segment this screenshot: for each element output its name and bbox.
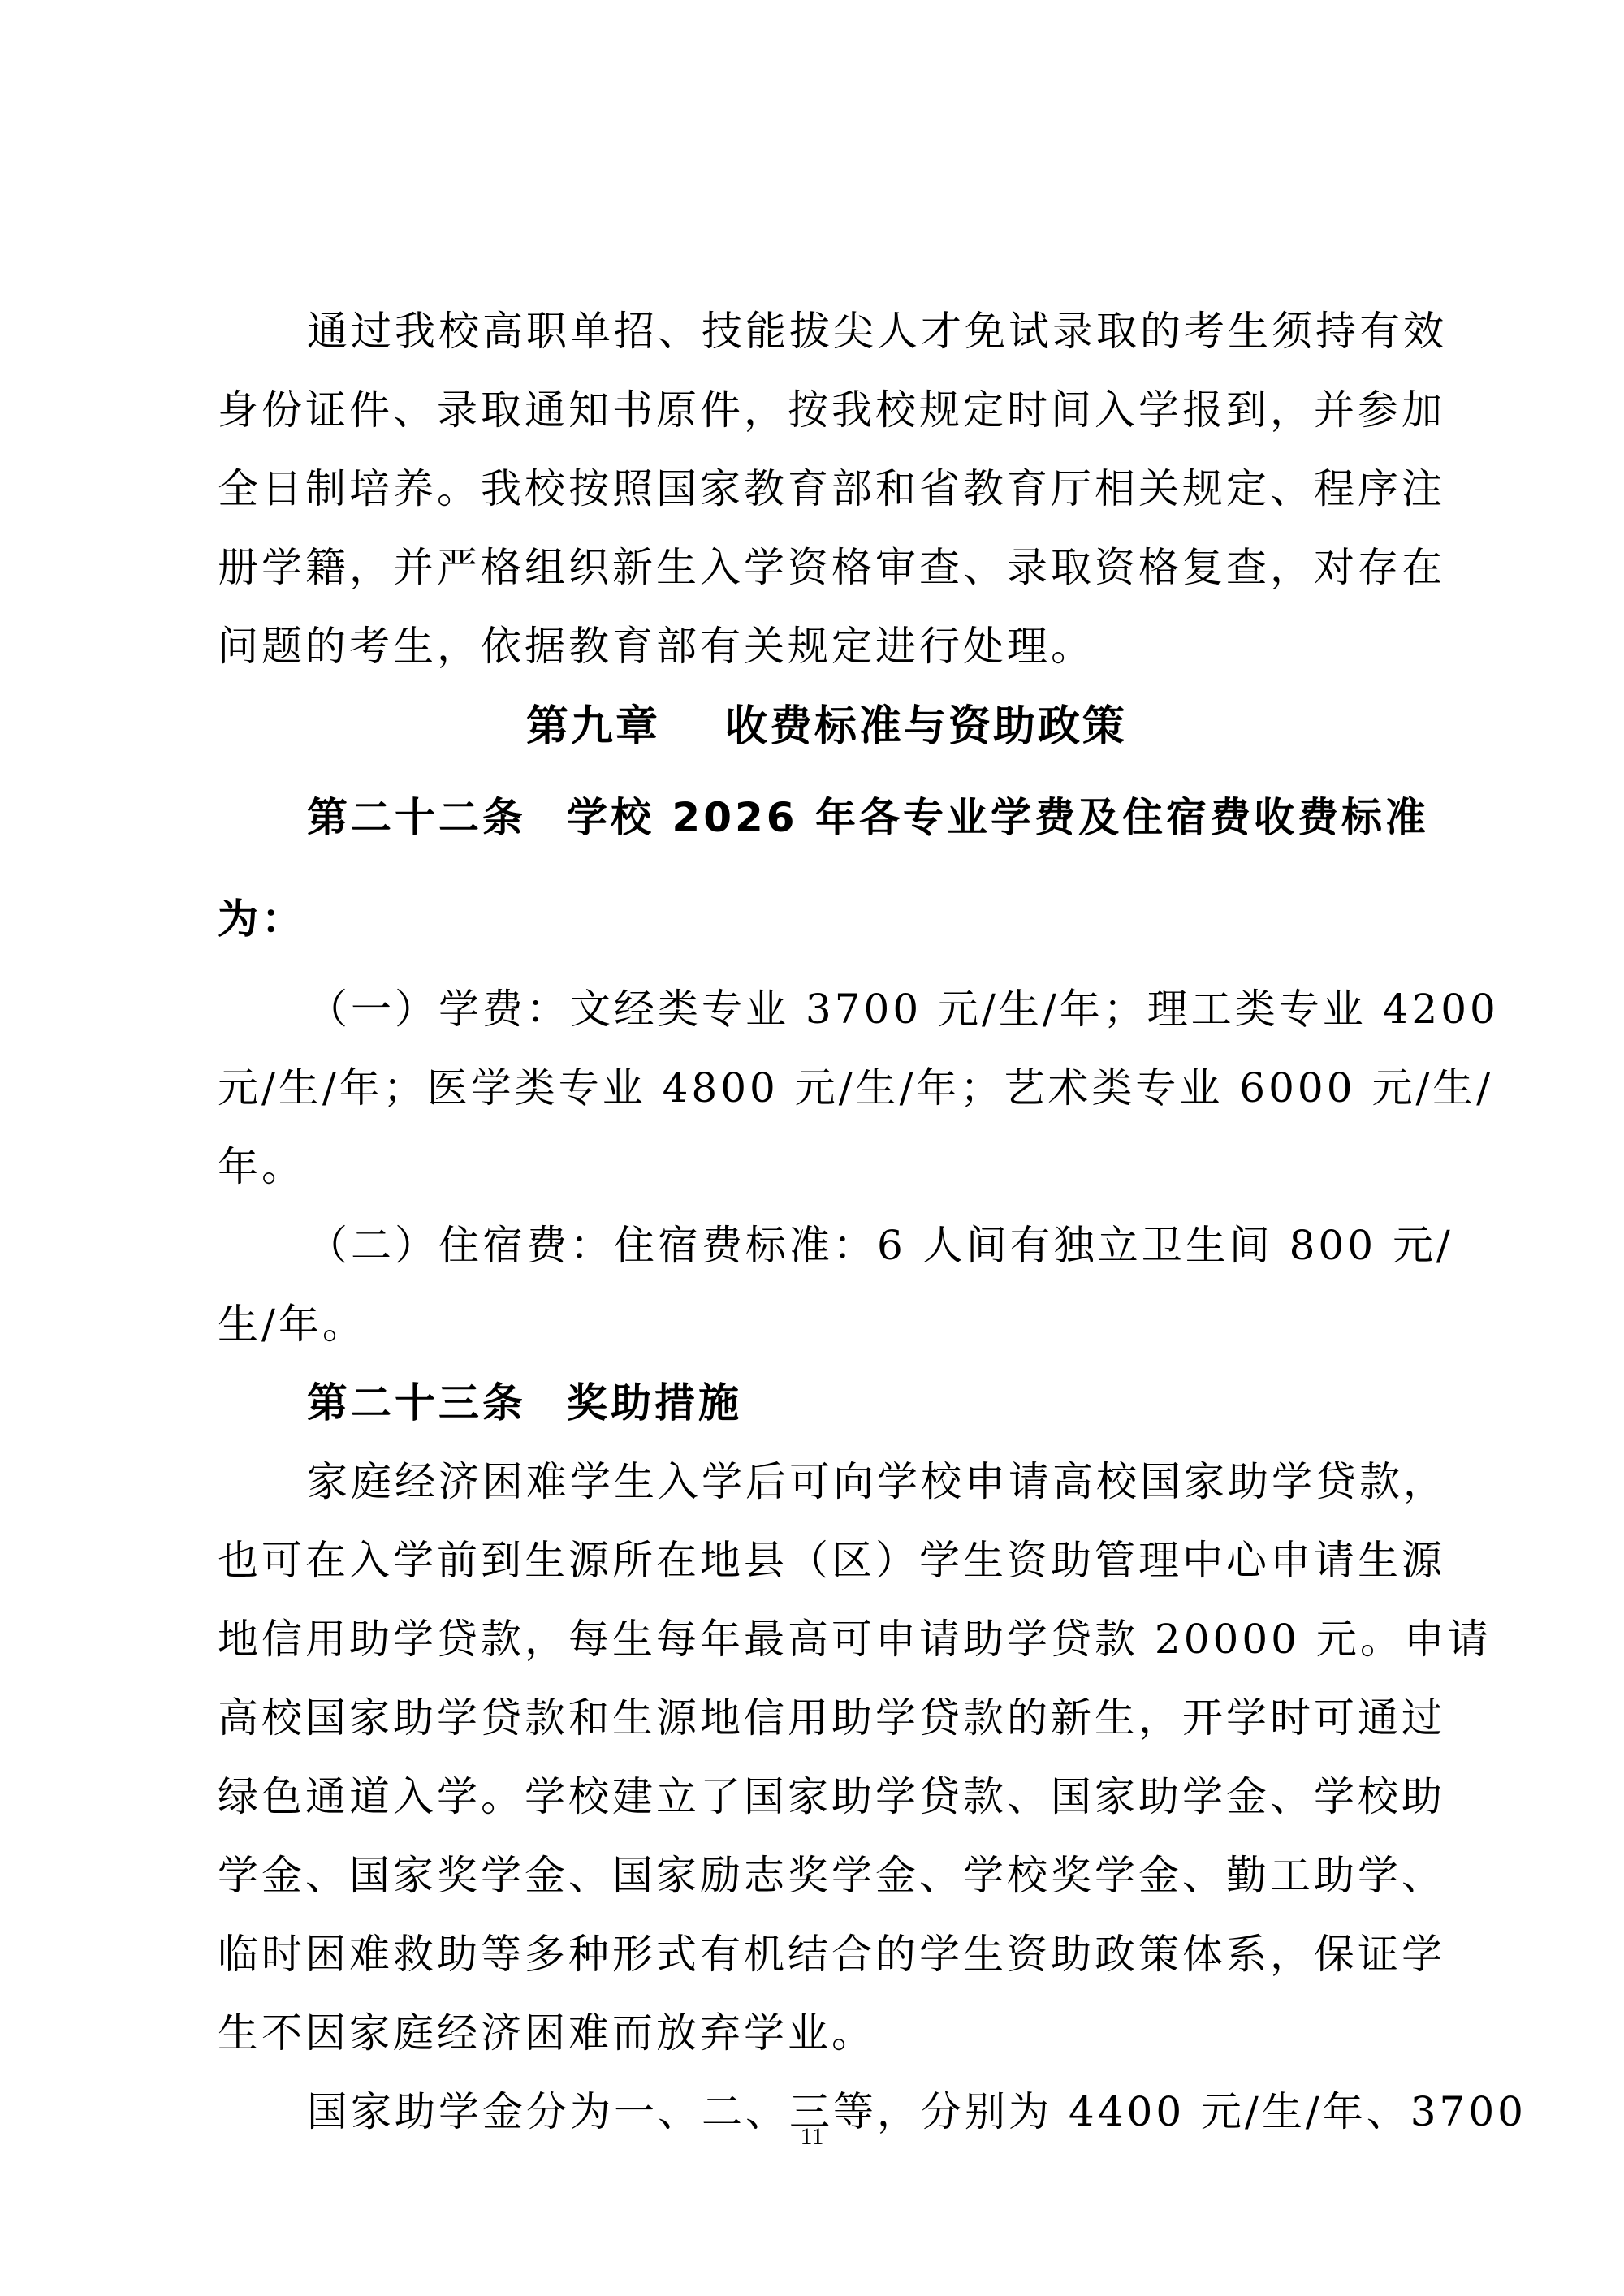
- tuition-clause: （一）学费：文经类专业 3700 元/生/年；理工类专业 4200 元/生/年；…: [218, 970, 1436, 1206]
- text-line: 学金、国家奖学金、国家励志奖学金、学校奖学金、勤工助学、: [218, 1836, 1436, 1915]
- text-line: 生/年。: [218, 1285, 1436, 1364]
- article-22-heading-continuation: 为：: [218, 869, 1436, 970]
- text-line: 年。: [218, 1128, 1436, 1206]
- page-number: 11: [0, 2123, 1624, 2151]
- text-line: 家庭经济困难学生入学后可向学校申请高校国家助学贷款，: [218, 1443, 1436, 1521]
- article-number: 第二十二条: [307, 794, 526, 841]
- document-page: 通过我校高职单招、技能拔尖人才免试录取的考生须持有效 身份证件、录取通知书原件，…: [218, 292, 1436, 2151]
- text-line: 也可在入学前到生源所在地县（区）学生资助管理中心申请生源: [218, 1521, 1436, 1600]
- text-line: 绿色通道入学。学校建立了国家助学贷款、国家助学金、学校助: [218, 1758, 1436, 1836]
- text-line: 生不因家庭经济困难而放弃学业。: [218, 1994, 1436, 2073]
- article-title: 学校 2026 年各专业学费及住宿费收费标准: [567, 794, 1429, 841]
- text-line: （一）学费：文经类专业 3700 元/生/年；理工类专业 4200: [218, 970, 1436, 1049]
- paragraph-admission: 通过我校高职单招、技能拔尖人才免试录取的考生须持有效 身份证件、录取通知书原件，…: [218, 292, 1436, 686]
- text-line: 元/生/年；医学类专业 4800 元/生/年；艺术类专业 6000 元/生/: [218, 1049, 1436, 1128]
- article-title: 奖助措施: [567, 1379, 742, 1426]
- chapter-number: 第九章: [526, 702, 660, 751]
- text-line: 通过我校高职单招、技能拔尖人才免试录取的考生须持有效: [218, 292, 1436, 371]
- text-line: 问题的考生，依据教育部有关规定进行处理。: [218, 607, 1436, 686]
- chapter-title: 收费标准与资助政策: [725, 702, 1127, 751]
- text-line: 地信用助学贷款，每生每年最高可申请助学贷款 20000 元。申请: [218, 1600, 1436, 1679]
- text-line: 高校国家助学贷款和生源地信用助学贷款的新生，开学时可通过: [218, 1679, 1436, 1758]
- article-23: 第二十三条奖助措施 家庭经济困难学生入学后可向学校申请高校国家助学贷款， 也可在…: [218, 1364, 1436, 2151]
- text-line: 身份证件、录取通知书原件，按我校规定时间入学报到，并参加: [218, 371, 1436, 450]
- text-line: （二）住宿费：住宿费标准：6 人间有独立卫生间 800 元/: [218, 1206, 1436, 1285]
- text-line: 临时困难救助等多种形式有机结合的学生资助政策体系，保证学: [218, 1915, 1436, 1994]
- accommodation-clause: （二）住宿费：住宿费标准：6 人间有独立卫生间 800 元/ 生/年。: [218, 1206, 1436, 1364]
- paragraph-loans: 家庭经济困难学生入学后可向学校申请高校国家助学贷款， 也可在入学前到生源所在地县…: [218, 1443, 1436, 2073]
- article-number: 第二十三条: [307, 1379, 526, 1426]
- article-23-heading: 第二十三条奖助措施: [218, 1364, 1436, 1443]
- article-22: 第二十二条学校 2026 年各专业学费及住宿费收费标准 为： （一）学费：文经类…: [218, 767, 1436, 1364]
- article-22-heading: 第二十二条学校 2026 年各专业学费及住宿费收费标准: [218, 767, 1436, 869]
- chapter-heading: 第九章收费标准与资助政策: [218, 686, 1436, 767]
- text-line: 全日制培养。我校按照国家教育部和省教育厅相关规定、程序注: [218, 450, 1436, 529]
- text-line: 册学籍，并严格组织新生入学资格审查、录取资格复查，对存在: [218, 529, 1436, 607]
